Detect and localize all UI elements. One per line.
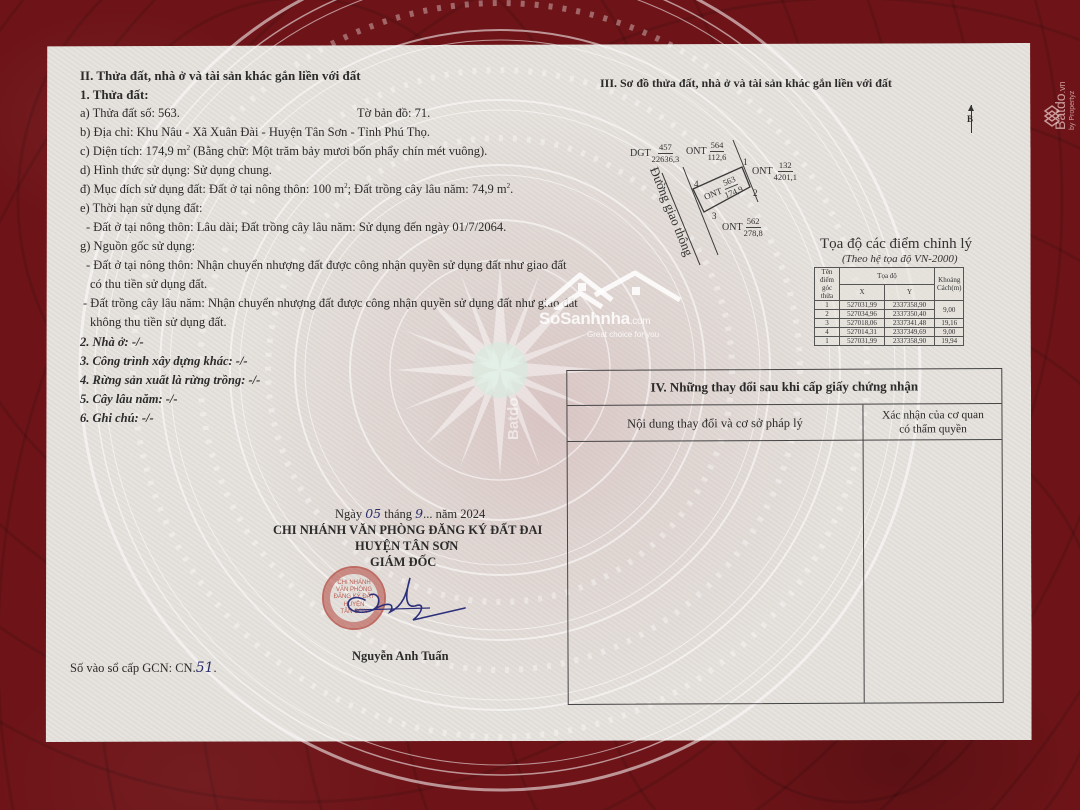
cell-distance: 19,16: [935, 319, 964, 328]
parcel-label-ont-562: ONT 562278,8: [722, 217, 763, 237]
register-label: Số vào sổ cấp GCN: CN.: [70, 661, 196, 675]
coordinates-table: Tên điểm góc thửa Tọa độ Khoảng Cách(m) …: [814, 267, 964, 346]
origin-heading: g) Nguồn gốc sử dụng:: [80, 240, 195, 253]
register-suffix: .: [214, 661, 217, 675]
cell-distance: 9,00: [935, 328, 964, 337]
land-purpose: đ) Mục đích sử dụng đất: Đất ở tại nông …: [80, 183, 513, 196]
parcel-area: 278,8: [744, 228, 763, 238]
sosanhnha-watermark: SoSanhnha.com Great choice for you: [535, 265, 695, 345]
purpose-perennial: ; Đất trồng cây lâu năm: 74,9 m: [348, 182, 507, 196]
confirm-line2: có thẩm quyền: [899, 422, 967, 437]
parcel-type: ONT: [722, 222, 743, 233]
date-day: 05: [365, 506, 381, 521]
header-point: Tên điểm góc thửa: [815, 268, 840, 301]
date-prefix: Ngày: [335, 507, 365, 521]
coords-title: Tọa độ các điểm chỉnh lý: [820, 236, 972, 253]
signer-position: GIÁM ĐỐC: [370, 556, 436, 569]
area-value: c) Diện tích: 174,9 m: [80, 144, 187, 158]
batdo-sub: by Propertyz: [1069, 81, 1076, 130]
cell-y: 2337358,90: [885, 337, 935, 346]
month-prefix: tháng: [381, 507, 415, 521]
parcel-type: DGT: [630, 148, 651, 159]
cell-x: 527014,31: [840, 328, 885, 337]
parcel-number: 457: [658, 143, 673, 154]
origin-residential-line2: có thu tiền sử dụng đất.: [90, 278, 207, 291]
vertex-label: 3: [712, 212, 717, 221]
term-detail: - Đất ở tại nông thôn: Lâu dài; Đất trồn…: [86, 221, 506, 234]
confirm-line1: Xác nhận của cơ quan: [882, 408, 984, 423]
batdo-center-watermark: Batdo: [505, 398, 522, 441]
date-year: ... năm 2024: [423, 507, 485, 521]
cell-point: 4: [815, 328, 840, 337]
cell-x: 527018,06: [840, 319, 885, 328]
parcel-label-ont-564: ONT 564112,6: [686, 141, 726, 161]
vertex-label: 4: [694, 180, 699, 189]
handwritten-signature: [335, 570, 475, 630]
term-heading: e) Thời hạn sử dụng đất:: [80, 202, 203, 215]
area-in-words: (Bằng chữ: Một trăm bảy mươi bốn phẩy ch…: [190, 144, 487, 158]
cell-x: 527031,99: [840, 337, 885, 346]
batdo-name: Batdo: [505, 398, 522, 441]
parcel-number: 562: [746, 217, 761, 228]
parcel-type: ONT: [703, 186, 724, 202]
cell-y: 2337350,40: [885, 310, 935, 319]
sosanhnha-tagline: Great choice for you: [587, 330, 659, 339]
batdo-corner-watermark: Batdo.vn by Propertyz: [1030, 5, 1075, 145]
brand-domain: .com: [630, 316, 650, 327]
vertex-label: 1: [743, 158, 748, 167]
parcel-number: 564: [710, 141, 725, 152]
parcel-area: c) Diện tích: 174,9 m2 (Bằng chữ: Một tr…: [80, 145, 487, 158]
parcel-address: b) Địa chỉ: Khu Nâu - Xã Xuân Đài - Huyệ…: [80, 126, 430, 139]
perennial-trees-item: 5. Cây lâu năm: -/-: [80, 393, 178, 406]
header-x: X: [840, 284, 885, 301]
cell-y: 2337349,69: [885, 328, 935, 337]
other-construction-item: 3. Công trình xây dựng khác: -/-: [80, 355, 248, 368]
section-ii-title: II. Thửa đất, nhà ở và tài sản khác gắn …: [80, 69, 361, 82]
coords-subtitle: (Theo hệ tọa độ VN-2000): [842, 253, 957, 265]
batdo-suffix: .vn: [1057, 81, 1067, 93]
parcel-area: 4201,1: [774, 172, 797, 182]
cell-distance: 9,00: [935, 301, 964, 319]
issuing-office: CHI NHÁNH VĂN PHÒNG ĐĂNG KÝ ĐẤT ĐAI: [273, 524, 542, 537]
table-row: 4 527014,31 2337349,69 9,00: [815, 328, 964, 337]
date-month: 9: [415, 506, 423, 521]
column-confirm-header: Xác nhận của cơ quan có thẩm quyền: [862, 404, 1003, 441]
house-logo-icon: [540, 265, 690, 310]
cell-x: 527034,96: [840, 310, 885, 319]
purpose-end: .: [510, 182, 513, 196]
origin-perennial-line2: không thu tiền sử dụng đất.: [90, 316, 227, 329]
map-sheet: Tờ bản đồ: 71.: [357, 107, 430, 120]
brand-name: SoSanhnha: [539, 309, 630, 328]
issuing-district: HUYỆN TÂN SƠN: [355, 540, 458, 553]
table-row: 1 527031,99 2337358,90 19,94: [815, 337, 964, 346]
section-iv-title: IV. Những thay đổi sau khi cấp giấy chứn…: [567, 369, 1001, 406]
cell-point: 1: [815, 301, 840, 310]
vertex-label: 2: [753, 189, 758, 198]
parcel-area: 22636,3: [652, 154, 680, 164]
production-forest-item: 4. Rừng sản xuất là rừng trồng: -/-: [80, 374, 260, 387]
header-distance: Khoảng Cách(m): [935, 268, 964, 301]
parcel-number: 132: [778, 161, 793, 172]
sosanhnha-brand: SoSanhnha.com: [539, 309, 650, 329]
signer-name: Nguyễn Anh Tuấn: [352, 650, 449, 663]
table-row: 1 527031,99 2337358,90 9,00: [815, 301, 964, 310]
cell-point: 3: [815, 319, 840, 328]
notes-item: 6. Ghi chú: -/-: [80, 412, 154, 425]
cell-x: 527031,99: [840, 301, 885, 310]
cell-point: 2: [815, 310, 840, 319]
house-item: 2. Nhà ở: -/-: [80, 336, 144, 349]
column-divider: [862, 405, 864, 703]
register-number: Số vào sổ cấp GCN: CN.51.: [70, 661, 217, 675]
batdo-logo-icon: [1042, 105, 1062, 127]
purpose-residential: đ) Mục đích sử dụng đất: Đất ở tại nông …: [80, 182, 344, 196]
parcel-type: ONT: [752, 166, 773, 177]
cell-point: 1: [815, 337, 840, 346]
parcel-type: ONT: [686, 146, 707, 157]
origin-residential-line1: - Đất ở tại nông thôn: Nhận chuyển nhượn…: [86, 259, 567, 272]
parcel-label-dgt-457: DGT 45722636,3: [630, 143, 679, 163]
cell-y: 2337358,90: [885, 301, 935, 310]
header-coord: Tọa độ: [840, 268, 935, 285]
register-value: 51: [196, 660, 214, 676]
column-content-header: Nội dung thay đổi và cơ sở pháp lý: [567, 405, 862, 442]
changes-table: IV. Những thay đổi sau khi cấp giấy chứn…: [566, 368, 1003, 705]
parcel-heading: 1. Thửa đất:: [80, 88, 149, 101]
usage-form: d) Hình thức sử dụng: Sử dụng chung.: [80, 164, 272, 177]
header-y: Y: [885, 284, 935, 301]
cell-distance: 19,94: [935, 337, 964, 346]
issue-date: Ngày 05 tháng 9... năm 2024: [335, 508, 485, 521]
section-iii-title: III. Sơ đồ thửa đất, nhà ở và tài sản kh…: [600, 77, 892, 89]
origin-perennial-line1: - Đất trồng cây lâu năm: Nhận chuyển như…: [83, 297, 578, 310]
north-arrow-icon: B: [969, 105, 975, 135]
table-row: 3 527018,06 2337341,48 19,16: [815, 319, 964, 328]
cell-y: 2337341,48: [885, 319, 935, 328]
parcel-label-ont-132: ONT 1324201,1: [752, 161, 797, 181]
parcel-area: 112,6: [708, 152, 727, 162]
north-label: B: [967, 114, 973, 124]
parcel-number: a) Thửa đất số: 563.: [80, 107, 180, 120]
